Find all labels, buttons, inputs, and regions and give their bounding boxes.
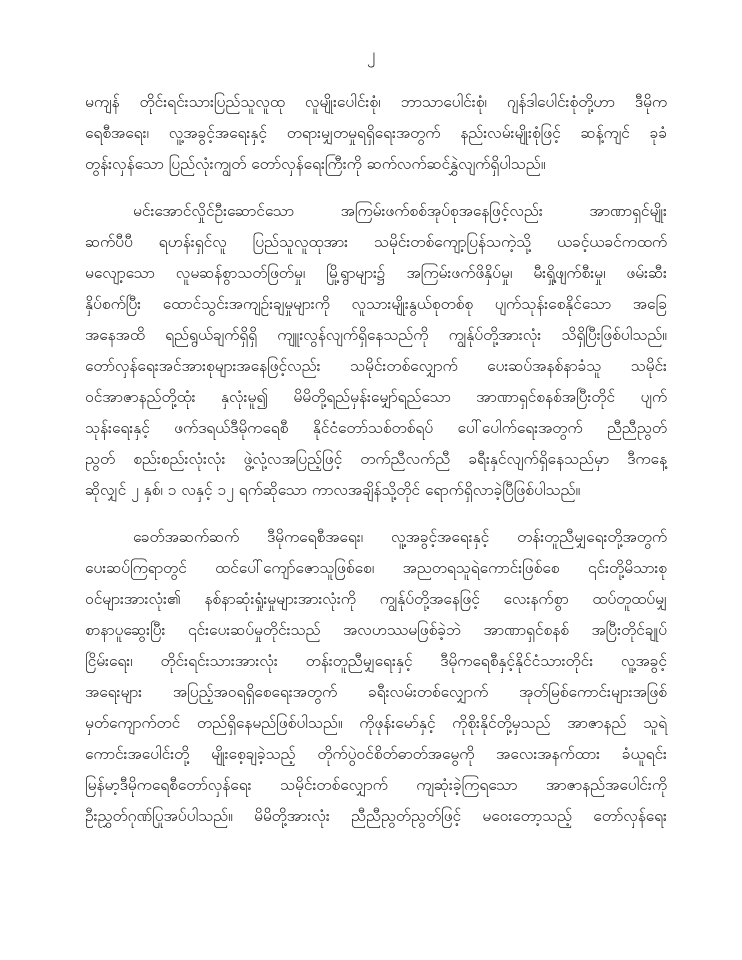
text-line: အရေးများ အပြည့်အဝရရှိစေရေးအတွက် ခရီးလမ်း… xyxy=(85,678,667,706)
text-line: မလျော့သော လူမဆန်စွာသတ်ဖြတ်မှု၊ မြို့ရွာမ… xyxy=(85,259,667,287)
text-line: နှိပ်စက်ပြီး ထောင်သွင်းအကျဉ်းချမှုများကိ… xyxy=(85,290,667,318)
text-line: ရေစီအရေး၊ လူ့အခွင့်အရေးနှင့် တရားမျှတမှု… xyxy=(85,119,667,147)
text-line: အနေအထိ ရည်ရွယ်ချက်ရှိရှိ ကျူးလွန်လျက်ရှိ… xyxy=(85,321,667,349)
text-line: ပေးဆပ်ကြရာတွင် ထင်ပေါ်ကျော်ဇောသူဖြစ်စေ၊ … xyxy=(85,554,667,582)
text-line: မကျန် တိုင်းရင်းသားပြည်သူလူထု လူမျိုးပေါ… xyxy=(85,88,667,116)
text-line: တွန်းလှန်သော ပြည်လုံးကျွတ် တော်လှန်ရေးကြ… xyxy=(85,150,667,178)
text-line: တော်လှန်ရေးအင်အားစုများအနေဖြင့်လည်း သမို… xyxy=(85,352,667,380)
text-line: မှတ်ကျောက်တင် တည်ရှိနေမည်ဖြစ်ပါသည်။ ကိုဖ… xyxy=(85,709,667,737)
text-line: ဆိုလျှင် ၂ နှစ်၊ ၁ လနှင့် ၁၂ ရက်ဆိုသော က… xyxy=(85,476,667,504)
text-line: မြန်မာ့ဒီမိုကရေစီတော်လှန်ရေး သမိုင်းတစ်လ… xyxy=(85,771,667,799)
text-line: ဝင်အာဇာနည်တို့ထုံး နှလုံးမူ၍ မိမိတို့ရည်… xyxy=(85,383,667,411)
document-page: ၂ မကျန် တိုင်းရင်းသားပြည်သူလူထု လူမျိုးပ… xyxy=(0,0,742,960)
text-line: ဦးညွှတ်ဂုဏ်ပြုအပ်ပါသည်။ မိမိတို့အားလုံး … xyxy=(85,802,667,830)
text-line: ခေတ်အဆက်ဆက် ဒီမိုကရေစီအရေး၊ လူ့အခွင့်အရေ… xyxy=(133,523,667,551)
text-line: ဝင်များအားလုံး၏ နစ်နာဆုံးရှုံးမှုများအား… xyxy=(85,585,667,613)
text-line: ကောင်းအပေါင်းတို့ မျိုးစေ့ချခဲ့သည့် တိုက… xyxy=(85,740,667,768)
text-line: ငြိမ်းရေး၊ တိုင်းရင်းသားအားလုံး တန်းတူညီ… xyxy=(85,647,667,675)
text-line: ဆက်ပီပီ ရဟန်းရှင်လူ ပြည်သူလူထုအား သမိုင်… xyxy=(85,228,667,256)
text-line: ညွတ် စည်းစည်းလုံးလုံး ဖွဲ့လုံ့လအပြည့်ဖြင… xyxy=(85,445,667,473)
page-number: ၂ xyxy=(0,44,742,66)
text-line: မင်းအောင်လှိုင်ဦးဆောင်သော အကြမ်းဖက်စစ်အု… xyxy=(133,197,667,225)
text-line: သုန်းရေးနှင့် ဖက်ဒရယ်ဒီမိုကရေစီ နိုင်ငံတ… xyxy=(85,414,667,442)
text-line: စာနာပူဆွေးပြီး ၎င်းပေးဆပ်မှုတိုင်းသည် အလ… xyxy=(85,616,667,644)
